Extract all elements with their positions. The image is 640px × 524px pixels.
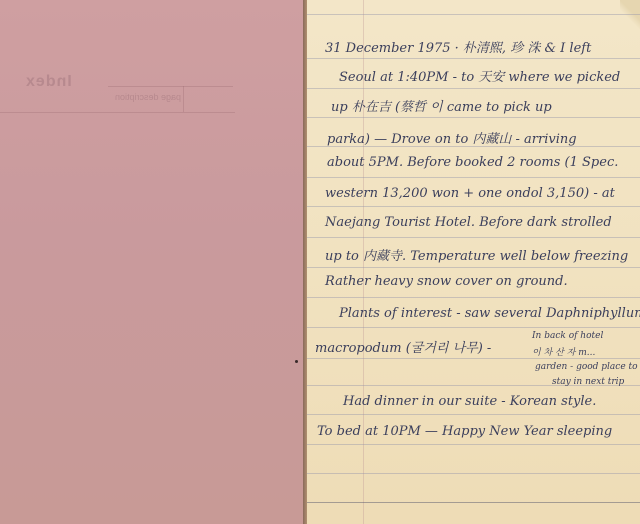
ruled-line [307, 358, 640, 359]
ruled-line [307, 206, 640, 207]
diary-line: macropodum (굴거리 나무) - [315, 337, 491, 356]
ruled-line [307, 267, 640, 268]
page-corner [620, 0, 640, 30]
diary-line: To bed at 10PM — Happy New Year sleeping [317, 424, 612, 439]
diary-line-date: 31 December 1975 · 朴清熙, 珍 洙 & I left [325, 37, 591, 56]
diary-line: Had dinner in our suite - Korean style. [343, 394, 596, 409]
ruled-line [307, 502, 640, 503]
ruled-line [307, 327, 640, 328]
diary-line: up to 内藏寺. Temperature well below freezi… [325, 245, 628, 264]
ghost-rule [0, 112, 235, 113]
margin-note: stay in next trip [552, 377, 624, 387]
diary-line: about 5PM. Before booked 2 rooms (1 Spec… [327, 155, 618, 170]
diary-line: parka) — Drove on to 内藏山 - arriving [327, 128, 577, 147]
left-page-index: Index page description [0, 0, 303, 524]
ruled-line [307, 14, 640, 15]
right-page-diary: 31 December 1975 · 朴清熙, 珍 洙 & I left Seo… [307, 0, 640, 524]
bleedthrough-index-title: Index [25, 73, 72, 91]
ghost-rule [108, 86, 233, 87]
diary-line: up 朴在吉 (蔡哲 이 came to pick up [331, 96, 552, 115]
ruled-line [307, 473, 640, 474]
margin-note: 이 차 산 자 m... [532, 345, 595, 358]
diary-line: Seoul at 1:40PM - to 天安 where we picked [339, 66, 620, 85]
ruled-line [307, 117, 640, 118]
diary-line: Plants of interest - saw several Daphnip… [339, 306, 640, 321]
ruled-line [307, 297, 640, 298]
diary-line: Naejang Tourist Hotel. Before dark strol… [325, 215, 612, 230]
ruled-line [307, 237, 640, 238]
diary-line: Rather heavy snow cover on ground. [325, 274, 568, 289]
ruled-line [307, 177, 640, 178]
ghost-rule [183, 86, 184, 112]
ruled-line [307, 414, 640, 415]
diary-line: western 13,200 won + one ondol 3,150) - … [325, 186, 615, 201]
ruled-line [307, 58, 640, 59]
ruled-line [307, 88, 640, 89]
ruled-line [307, 444, 640, 445]
margin-note: garden - good place to [535, 362, 638, 372]
margin-note: In back of hotel [532, 331, 603, 341]
bleedthrough-index-header: page description [115, 92, 181, 102]
ink-dot [295, 360, 298, 363]
